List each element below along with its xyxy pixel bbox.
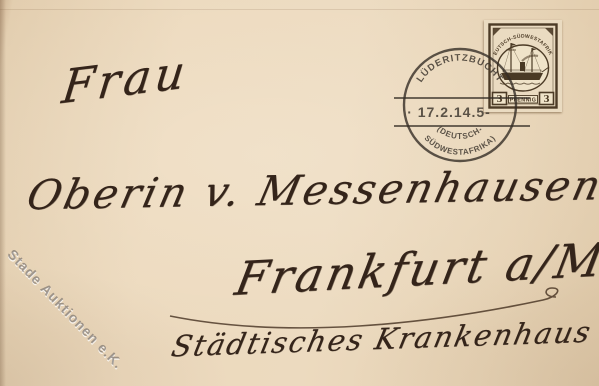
postmark: · 17.2.14.5- LÜDERITZBUCHT (DEUTSCH- SÜD… (383, 42, 545, 174)
watermark-text: Stade Auktionen e.K. (4, 246, 126, 372)
envelope: Stade Auktionen e.K. Frau Oberin v. Mess… (0, 0, 599, 386)
postmark-town: LÜDERITZBUCHT (415, 53, 506, 85)
svg-text:LÜDERITZBUCHT: LÜDERITZBUCHT (415, 53, 506, 85)
address-line-city: Frankfurt a/M (231, 232, 599, 306)
postmark-date: · 17.2.14.5- (407, 104, 491, 120)
address-line-institution: Städtisches Krankenhaus (168, 315, 595, 364)
address-line-salutation: Frau (59, 44, 192, 115)
envelope-left-edge (0, 0, 6, 386)
